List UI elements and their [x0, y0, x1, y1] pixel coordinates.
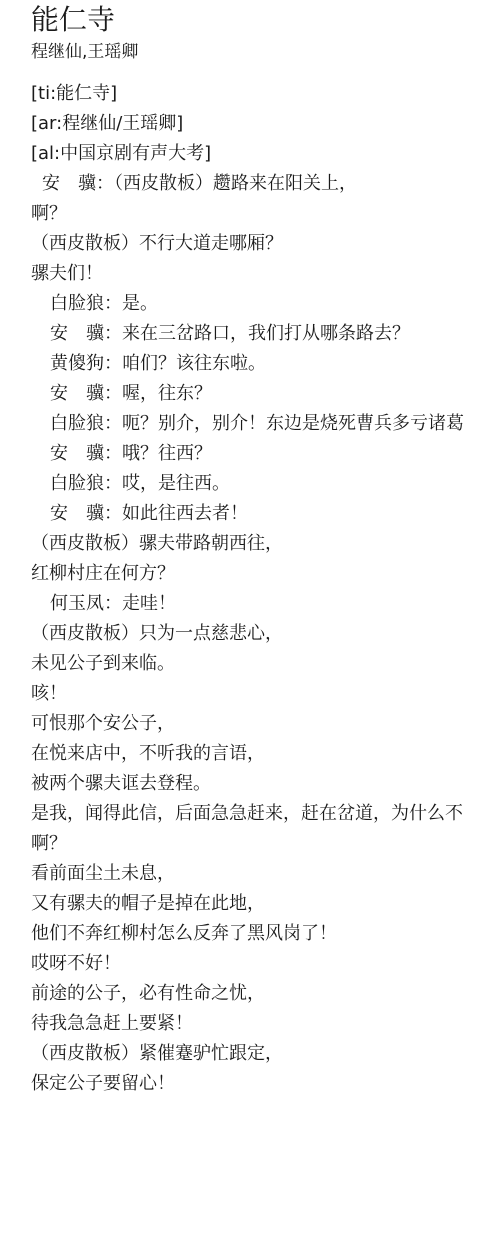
- lyric-line: 被两个骡夫诓去登程。: [31, 769, 500, 799]
- lyric-line: 安 骥：如此往西去者！: [31, 499, 500, 529]
- lyric-line: 红柳村庄在何方？: [31, 559, 500, 589]
- lyric-line: [ti:能仁寺]: [31, 79, 500, 109]
- lyric-line: 保定公子要留心！: [31, 1069, 500, 1099]
- lyric-line: 又有骡夫的帽子是掉在此地，: [31, 889, 500, 919]
- lyric-line: 可恨那个安公子，: [31, 709, 500, 739]
- lyric-line: 安 骥：（西皮散板）趱路来在阳关上，: [31, 169, 500, 199]
- lyric-line: 未见公子到来临。: [31, 649, 500, 679]
- lyric-line: 哎呀不好！: [31, 949, 500, 979]
- lyrics-page: 能仁寺 程继仙,王瑶卿 [ti:能仁寺] [ar:程继仙/王瑶卿] [al:中国…: [31, 0, 500, 1099]
- lyrics-body: [ti:能仁寺] [ar:程继仙/王瑶卿] [al:中国京剧有声大考] 安 骥：…: [31, 79, 500, 1099]
- lyric-line: 是我，闻得此信，后面急急赶来，赶在岔道，为什么不: [31, 799, 500, 829]
- lyric-line: 在悦来店中，不听我的言语，: [31, 739, 500, 769]
- song-artist: 程继仙,王瑶卿: [31, 40, 500, 64]
- lyric-line: 白脸狼：呃？别介，别介！东边是烧死曹兵多亏诸葛: [31, 409, 500, 439]
- lyric-line: （西皮散板）只为一点慈悲心，: [31, 619, 500, 649]
- lyric-line: [ar:程继仙/王瑶卿]: [31, 109, 500, 139]
- lyric-line: 白脸狼：是。: [31, 289, 500, 319]
- lyric-line: 啊？: [31, 829, 500, 859]
- lyric-line: （西皮散板）骡夫带路朝西往，: [31, 529, 500, 559]
- lyric-line: 骡夫们！: [31, 259, 500, 289]
- lyric-line: 待我急急赶上要紧！: [31, 1009, 500, 1039]
- lyric-line: 看前面尘土未息，: [31, 859, 500, 889]
- lyric-line: 黄傻狗：咱们？该往东啦。: [31, 349, 500, 379]
- lyric-line: （西皮散板）紧催蹇驴忙跟定，: [31, 1039, 500, 1069]
- song-title: 能仁寺: [31, 2, 500, 38]
- lyric-line: 安 骥：哦？往西？: [31, 439, 500, 469]
- lyric-line: 白脸狼：哎，是往西。: [31, 469, 500, 499]
- lyric-line: 何玉凤：走哇！: [31, 589, 500, 619]
- lyric-line: 啊？: [31, 199, 500, 229]
- lyric-line: [al:中国京剧有声大考]: [31, 139, 500, 169]
- lyric-line: 咳！: [31, 679, 500, 709]
- lyric-line: 安 骥：喔，往东？: [31, 379, 500, 409]
- lyric-line: （西皮散板）不行大道走哪厢？: [31, 229, 500, 259]
- lyric-line: 安 骥：来在三岔路口，我们打从哪条路去？: [31, 319, 500, 349]
- lyric-line: 他们不奔红柳村怎么反奔了黑风岗了！: [31, 919, 500, 949]
- lyric-line: 前途的公子，必有性命之忧，: [31, 979, 500, 1009]
